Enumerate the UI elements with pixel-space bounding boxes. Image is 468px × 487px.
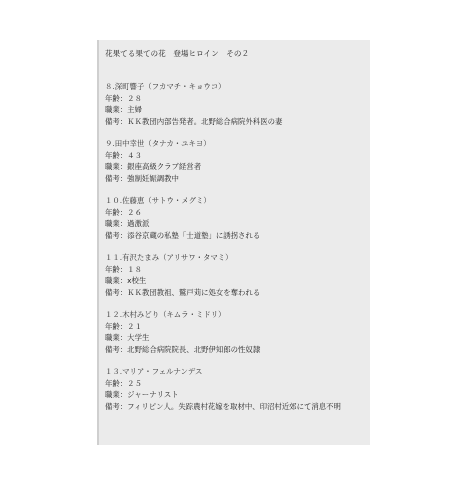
heroine-entry: ９.田中幸世（タナカ・ユキヨ） 年齢：４３ 職業：銀座高級クラブ経営者 備考：強…: [105, 138, 370, 184]
heroine-occupation: 職業：x校生: [105, 275, 370, 287]
heroine-entry: １１.有沢たまみ（アリサワ・タマミ） 年齢：１８ 職業：x校生 備考：ＫＫ教団教…: [105, 252, 370, 298]
heroine-age: 年齢：４３: [105, 150, 370, 162]
heroine-occupation: 職業：大学生: [105, 332, 370, 344]
heroine-name: ８.深町響子（フカマチ・キョウコ）: [105, 81, 370, 93]
heroine-entry: １３.マリア・フェルナンデス 年齢：２５ 職業：ジャーナリスト 備考：フィリピン…: [105, 366, 370, 412]
heroine-name: １０.佐藤恵（サトウ・メグミ）: [105, 195, 370, 207]
heroine-name: ９.田中幸世（タナカ・ユキヨ）: [105, 138, 370, 150]
heroine-entry: ８.深町響子（フカマチ・キョウコ） 年齢：２８ 職業：主婦 備考：ＫＫ教団内部告…: [105, 81, 370, 127]
document-title: 花果てる果ての花 登場ヒロイン その２: [105, 49, 370, 59]
heroine-age: 年齢：１８: [105, 264, 370, 276]
heroine-occupation: 職業：主婦: [105, 104, 370, 116]
heroine-name: １１.有沢たまみ（アリサワ・タマミ）: [105, 252, 370, 264]
heroine-age: 年齢：２８: [105, 93, 370, 105]
heroine-occupation: 職業：銀座高級クラブ経営者: [105, 161, 370, 173]
heroine-age: 年齢：２５: [105, 378, 370, 390]
heroine-occupation: 職業：過激派: [105, 218, 370, 230]
heroine-notes: 備考：添谷京蔵の私塾「士道塾」に誘拐される: [105, 230, 370, 242]
heroine-age: 年齢：２６: [105, 207, 370, 219]
heroine-age: 年齢：２１: [105, 321, 370, 333]
heroine-name: １２.木村みどり（キムラ・ミドリ）: [105, 309, 370, 321]
heroine-occupation: 職業：ジャーナリスト: [105, 389, 370, 401]
heroine-notes: 備考：ＫＫ教団教祖、鷲戸苅に処女を奪われる: [105, 287, 370, 299]
heroine-notes: 備考：北野総合病院院長、北野伊知郎の性奴隷: [105, 344, 370, 356]
heroine-entry: １０.佐藤恵（サトウ・メグミ） 年齢：２６ 職業：過激派 備考：添谷京蔵の私塾「…: [105, 195, 370, 241]
heroine-notes: 備考：強制妊娠調教中: [105, 173, 370, 185]
heroine-notes: 備考：フィリピン人。失踪農村花嫁を取材中、印沼村近郊にて消息不明: [105, 401, 370, 413]
heroine-notes: 備考：ＫＫ教団内部告発者。北野総合病院外科医の妻: [105, 116, 370, 128]
document-panel: 花果てる果ての花 登場ヒロイン その２ ８.深町響子（フカマチ・キョウコ） 年齢…: [97, 40, 370, 445]
heroine-entry: １２.木村みどり（キムラ・ミドリ） 年齢：２１ 職業：大学生 備考：北野総合病院…: [105, 309, 370, 355]
heroine-name: １３.マリア・フェルナンデス: [105, 366, 370, 378]
